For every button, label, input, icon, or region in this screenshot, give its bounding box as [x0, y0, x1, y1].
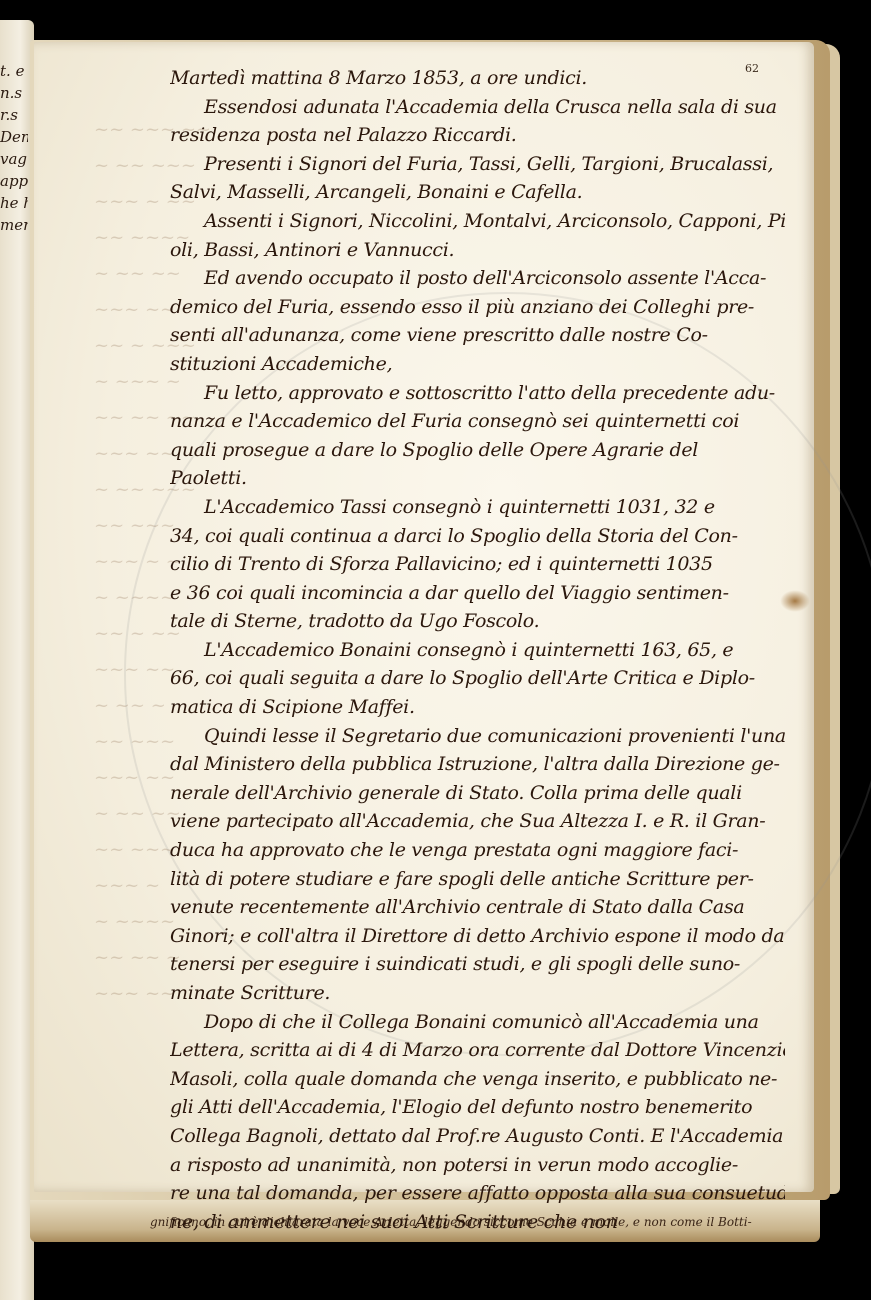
text-line: dal Ministero della pubblica Istruzione,… [170, 750, 785, 779]
text-line: Lettera, scritta ai di 4 di Marzo ora co… [170, 1036, 785, 1065]
text-line: Fu letto, approvato e sottoscritto l'att… [170, 379, 785, 408]
text-line: demico del Furia, essendo esso il più an… [170, 293, 785, 322]
text-line: stituzioni Accademiche, [170, 350, 785, 379]
text-line: Collega Bagnoli, dettato dal Prof.re Aug… [170, 1122, 785, 1151]
text-line: Quindi lesse il Segretario due comunicaz… [170, 722, 785, 751]
text-line: Assenti i Signori, Niccolini, Montalvi, … [170, 207, 785, 236]
margin-fragment: n.s [0, 82, 28, 104]
text-line: Dopo di che il Collega Bonaini comunicò … [170, 1008, 785, 1037]
text-line: 66, coi quali seguita a dare lo Spoglio … [170, 664, 785, 693]
text-line: ne, di ammettere nei suoi Atti Scritture… [170, 1208, 785, 1237]
text-line: duca ha approvato che le venga prestata … [170, 836, 785, 865]
text-line: nanza e l'Accademico del Furia consegnò … [170, 407, 785, 436]
margin-fragment: appr [0, 170, 28, 192]
text-line: Presenti i Signori del Furia, Tassi, Gel… [170, 150, 785, 179]
text-line: Masoli, colla quale domanda che venga in… [170, 1065, 785, 1094]
text-line: nerale dell'Archivio generale di Stato. … [170, 779, 785, 808]
text-line: Essendosi adunata l'Accademia della Crus… [170, 93, 785, 122]
text-line: Salvi, Masselli, Arcangeli, Bonaini e Ca… [170, 178, 785, 207]
text-line: e 36 coi quali incomincia a dar quello d… [170, 579, 785, 608]
text-line: a risposto ad unanimità, non potersi in … [170, 1151, 785, 1180]
left-page-margin-fragments: t. e n.s r.s Den vag appr he h menti [0, 60, 28, 236]
text-line: venute recentemente all'Archivio central… [170, 893, 785, 922]
text-line: tenersi per eseguire i suindicati studi,… [170, 950, 785, 979]
text-line: re una tal domanda, per essere affatto o… [170, 1179, 785, 1208]
margin-fragment: r.s [0, 104, 28, 126]
text-line: lità di potere studiare e fare spogli de… [170, 865, 785, 894]
text-line: matica di Scipione Maffei. [170, 693, 785, 722]
text-line: cilio di Trento di Sforza Pallavicino; e… [170, 550, 785, 579]
margin-fragment: he h [0, 192, 28, 214]
text-line: 34, coi quali continua a darci lo Spogli… [170, 522, 785, 551]
text-line: residenza posta nel Palazzo Riccardi. [170, 121, 785, 150]
text-line: minate Scritture. [170, 979, 785, 1008]
text-line: Ed avendo occupato il posto dell'Arcicon… [170, 264, 785, 293]
margin-fragment: menti [0, 214, 28, 236]
text-line: Paoletti. [170, 464, 785, 493]
text-line: gli Atti dell'Accademia, l'Elogio del de… [170, 1093, 785, 1122]
margin-fragment: Den [0, 126, 28, 148]
text-line: Martedì mattina 8 Marzo 1853, a ore undi… [170, 64, 785, 93]
text-line: oli, Bassi, Antinori e Vannucci. [170, 236, 785, 265]
text-line: viene partecipato all'Accademia, che Sua… [170, 807, 785, 836]
margin-fragment: vag [0, 148, 28, 170]
margin-fragment: t. e [0, 60, 28, 82]
text-line: L'Accademico Tassi consegnò i quinternet… [170, 493, 785, 522]
text-line: tale di Sterne, tradotto da Ugo Foscolo. [170, 607, 785, 636]
text-line: quali prosegue a dare lo Spoglio delle O… [170, 436, 785, 465]
text-line: L'Accademico Bonaini consegnò i quintern… [170, 636, 785, 665]
manuscript-text: Martedì mattina 8 Marzo 1853, a ore undi… [170, 64, 785, 1236]
text-line: Ginori; e coll'altra il Direttore di det… [170, 922, 785, 951]
text-line: senti all'adunanza, come viene prescritt… [170, 321, 785, 350]
